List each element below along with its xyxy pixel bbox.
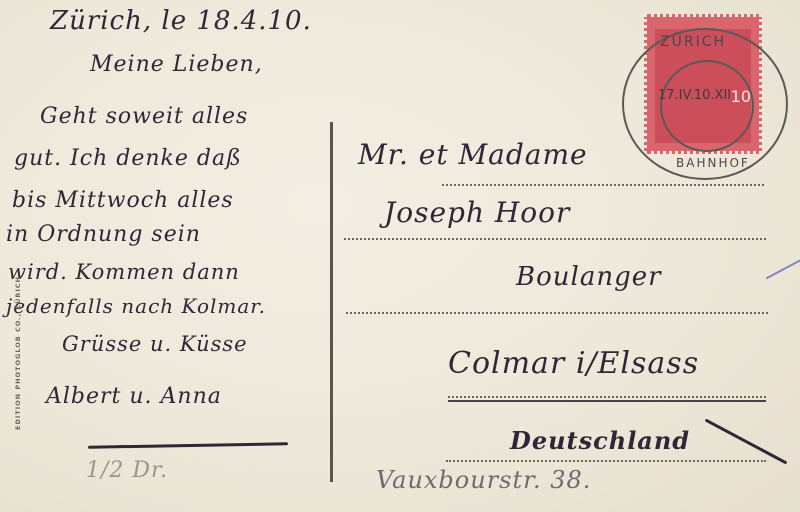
message-line: bis Mittwoch alles: [12, 188, 234, 213]
salutation: Meine Lieben,: [90, 52, 263, 77]
pencil-note: 1/2 Dr.: [86, 458, 168, 483]
publisher-imprint: EDITION PHOTOGLOB CO., ZÜRICH: [14, 276, 22, 430]
message-line: gut. Ich denke daß: [14, 146, 242, 171]
address-dotted-line: [346, 312, 768, 314]
address-underline: [448, 400, 766, 402]
postmark-inner-ring: [660, 60, 754, 152]
postmark-city: ZÜRICH: [660, 34, 726, 50]
center-divider: [330, 122, 333, 482]
address-dotted-line: [442, 184, 764, 186]
message-line: Geht soweit alles: [40, 104, 248, 129]
address-line-2: Joseph Hoor: [384, 196, 570, 229]
place-date: Zürich, le 18.4.10.: [50, 6, 312, 36]
sender-note: Vauxbourstr. 38.: [376, 466, 591, 494]
address-dotted-line: [344, 238, 766, 240]
address-dotted-line: [448, 396, 766, 398]
address-line-1: Mr. et Madame: [358, 138, 588, 171]
blue-pencil-mark: [766, 259, 800, 280]
address-line-3: Boulanger: [516, 262, 662, 292]
postmark-station: BAHNHOF: [676, 156, 750, 170]
country-flourish: [705, 419, 788, 465]
message-line: Grüsse u. Küsse: [62, 332, 248, 356]
message-line: jedenfalls nach Kolmar.: [6, 294, 266, 318]
signature: Albert u. Anna: [46, 384, 222, 409]
address-line-4: Colmar i/Elsass: [448, 346, 699, 381]
message-line: wird. Kommen dann: [8, 260, 240, 284]
postcard-back: Zürich, le 18.4.10. Meine Lieben, Geht s…: [0, 0, 800, 512]
address-dotted-line: [446, 460, 766, 462]
signature-flourish: [88, 442, 288, 448]
postmark-date: 17.IV.10.XII: [658, 88, 731, 103]
message-line: in Ordnung sein: [6, 222, 201, 247]
address-line-5: Deutschland: [510, 426, 690, 455]
